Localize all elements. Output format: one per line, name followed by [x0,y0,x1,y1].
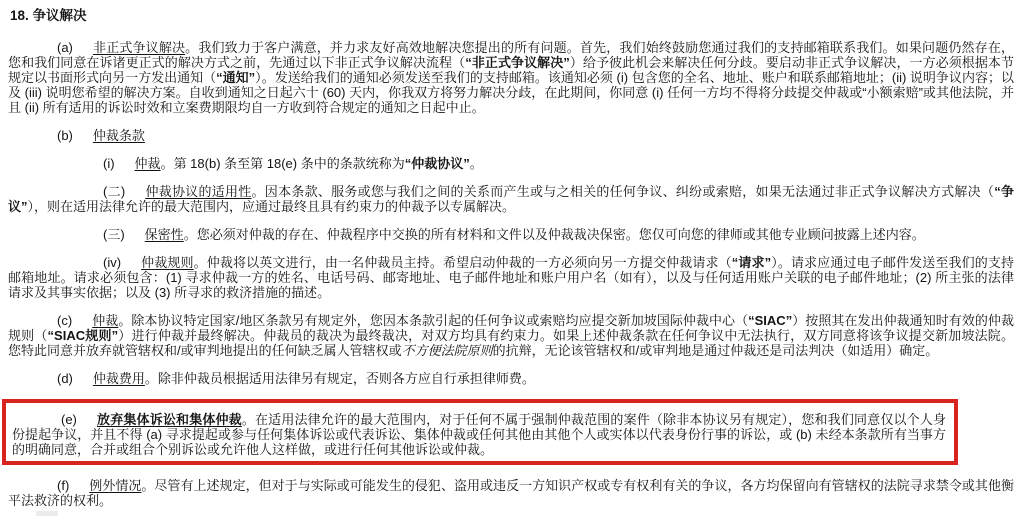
clause-title: 仲裁费用 [93,371,145,386]
clause-label: (二) [103,184,145,199]
clause-label: (e) [61,412,97,427]
clause-label: (a) [57,40,93,55]
clause-title: 仲裁规则 [141,255,194,270]
clause-text: 。第 18(b) 条至第 18(e) 条中的条款统称为 [161,156,405,171]
clause-title: 放弃集体诉讼和集体仲裁 [97,412,242,427]
clause-text: 18. 争议解决 [10,8,87,23]
clause-text: “非正式争议解决” [465,55,570,70]
clause-title: 仲裁协议的适用性 [145,184,251,199]
clause-label: (f) [57,478,89,493]
clause-text: 不方便法院原则 [402,343,493,358]
clause-title: 保密性 [145,227,184,242]
document-page: 18. 争议解决(a)非正式争议解决。我们致力于客户满意，并力求友好高效地解决您… [0,0,1024,508]
clause-text: “通知” [216,70,255,85]
clause-b-ii-applicability: (二)仲裁协议的适用性。因本条款、服务或您与我们之间的关系而产生或与之相关的任何… [8,184,1014,214]
clause-label: (c) [57,313,92,328]
highlight-box: (e)放弃集体诉讼和集体仲裁。在适用法律允许的最大范围内，对于任何不属于强制仲裁… [2,399,958,465]
clause-title: 仲裁条款 [93,128,145,143]
clause-f-exceptions: (f)例外情况。尽管有上述规定，但对于与实际或可能发生的侵犯、盗用或违反一方知识… [8,478,1014,508]
clause-c-arbitration-siac: (c)仲裁。除本协议特定国家/地区条款另有规定外，您因本条款引起的任何争议或索赔… [8,313,1014,358]
clause-label: (b) [57,128,93,143]
clause-b-iii-confidentiality: (三)保密性。您必须对仲裁的存在、仲裁程序中交换的所有材料和文件以及仲裁裁决保密… [8,227,1014,242]
clause-label: (d) [57,371,93,386]
clause-text: 。除本协议特定国家/地区条款另有规定外，您因本条款引起的任何争议或索赔均应提交新… [118,313,748,328]
section-heading: 18. 争议解决 [8,8,1014,23]
clause-text: 。除非仲裁员根据适用法律另有规定，否则各方应自行承担律师费。 [145,371,535,386]
clause-text: 。您必须对仲裁的存在、仲裁程序中交换的所有材料和文件以及仲裁裁决保密。您仅可向您… [184,227,925,242]
clause-text: 。 [470,156,483,171]
clause-label: (i) [103,156,135,171]
clause-b-i-arbitration: (i)仲裁。第 18(b) 条至第 18(e) 条中的条款统称为“仲裁协议”。 [8,156,1014,171]
clause-text: 。仲裁将以英文进行，由一名仲裁员主持。希望启动仲裁的一方必须向另一方提交仲裁请求… [194,255,732,270]
clause-text: 的抗辩，无论该管辖权和/或审判地是通过仲裁还是司法判决（如适用）确定。 [493,343,939,358]
clause-title: 仲裁 [92,313,118,328]
clause-text: “SIAC规则” [48,328,119,343]
clause-b-iv-arbitration-rules: (iv)仲裁规则。仲裁将以英文进行，由一名仲裁员主持。希望启动仲裁的一方必须向另… [8,255,1014,300]
clause-a-informal-dispute-resolution: (a)非正式争议解决。我们致力于客户满意，并力求友好高效地解决您提出的所有问题。… [8,40,1014,115]
clause-label: (三) [103,227,145,242]
clause-title: 仲裁 [135,156,161,171]
clause-title: 非正式争议解决 [93,40,185,55]
clause-label: (iv) [103,255,141,270]
clause-text: “SIAC” [748,313,792,328]
document-body: 18. 争议解决(a)非正式争议解决。我们致力于客户满意，并力求友好高效地解决您… [8,8,1014,508]
clause-d-arbitration-fees: (d)仲裁费用。除非仲裁员根据适用法律另有规定，否则各方应自行承担律师费。 [8,371,1014,386]
clause-text: 。因本条款、服务或您与我们之间的关系而产生或与之相关的任何争议、纠纷或索赔，如果… [252,184,995,199]
clause-text: “请求” [732,255,771,270]
clause-text: 。尽管有上述规定，但对于与实际或可能发生的侵犯、盗用或违反一方知识产权或专有权利… [8,478,1014,508]
cutoff-text-fragment [36,511,58,516]
clause-title: 例外情况 [89,478,141,493]
clause-text: ），则在适用法律允许的最大范围内，应通过最终且具有约束力的仲裁予以专属解决。 [28,199,516,214]
clause-text: “仲裁协议” [405,156,470,171]
clause-b-arbitration-terms-heading: (b)仲裁条款 [8,128,1014,143]
clause-e-class-action-waiver: (e)放弃集体诉讼和集体仲裁。在适用法律允许的最大范围内，对于任何不属于强制仲裁… [12,412,946,457]
